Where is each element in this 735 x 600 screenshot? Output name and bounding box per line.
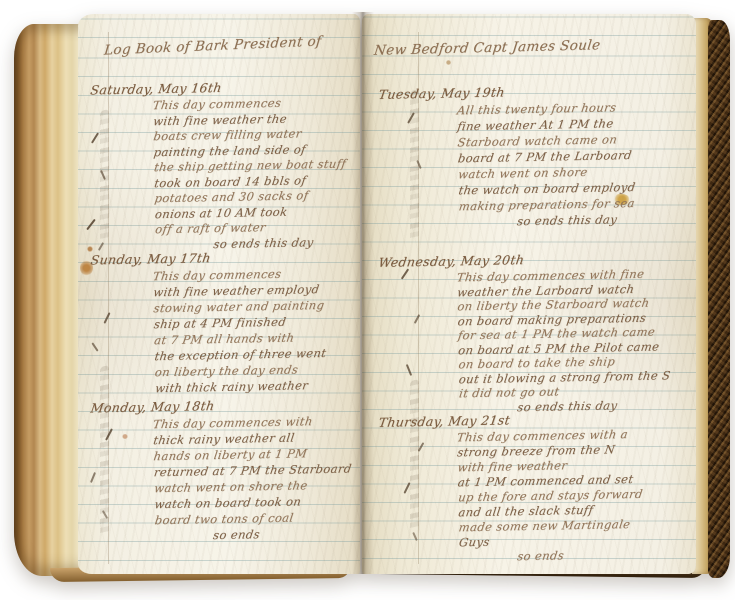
left-page: Log Book of Bark President of Saturday, …	[78, 14, 360, 574]
logbook: Log Book of Bark President of Saturday, …	[14, 8, 730, 586]
log-entry: Tuesday, May 19thAll this twenty four ho…	[361, 81, 698, 232]
foxing-stain	[446, 60, 451, 65]
log-entry: Thursday, May 21stThis day commences wit…	[361, 409, 698, 567]
log-entry: Monday, May 18thThis day commences witht…	[77, 395, 362, 545]
entry-body: This day commenceswith fine weather empl…	[153, 264, 355, 396]
entry-body: All this twenty four hoursfine weather A…	[457, 98, 687, 230]
entry-body: This day commences with fineweather the …	[457, 266, 688, 415]
entry-line: so ends this day	[516, 210, 688, 229]
log-entry: Wednesday, May 20thThis day commences wi…	[360, 249, 697, 417]
right-page: New Bedford Capt James Soule Tuesday, Ma…	[362, 14, 696, 574]
marbled-cover-edge	[708, 20, 730, 578]
entry-line: with thick rainy weather	[154, 376, 356, 396]
log-entry: Sunday, May 17thThis day commenceswith f…	[77, 247, 362, 397]
entry-body: This day commences with astrong breeze f…	[457, 426, 688, 565]
logbook-title-left: Log Book of Bark President of	[103, 33, 322, 58]
entry-body: This day commenceswith fine weather theb…	[153, 94, 356, 253]
logbook-title-right: New Bedford Capt James Soule	[373, 37, 601, 59]
photo-background: Log Book of Bark President of Saturday, …	[0, 0, 735, 600]
entry-line: so ends	[516, 546, 688, 564]
entry-line: so ends	[212, 524, 356, 543]
entry-body: This day commences withthick rainy weath…	[153, 412, 355, 544]
log-entry: Saturday, May 16thThis day commenceswith…	[76, 77, 361, 254]
